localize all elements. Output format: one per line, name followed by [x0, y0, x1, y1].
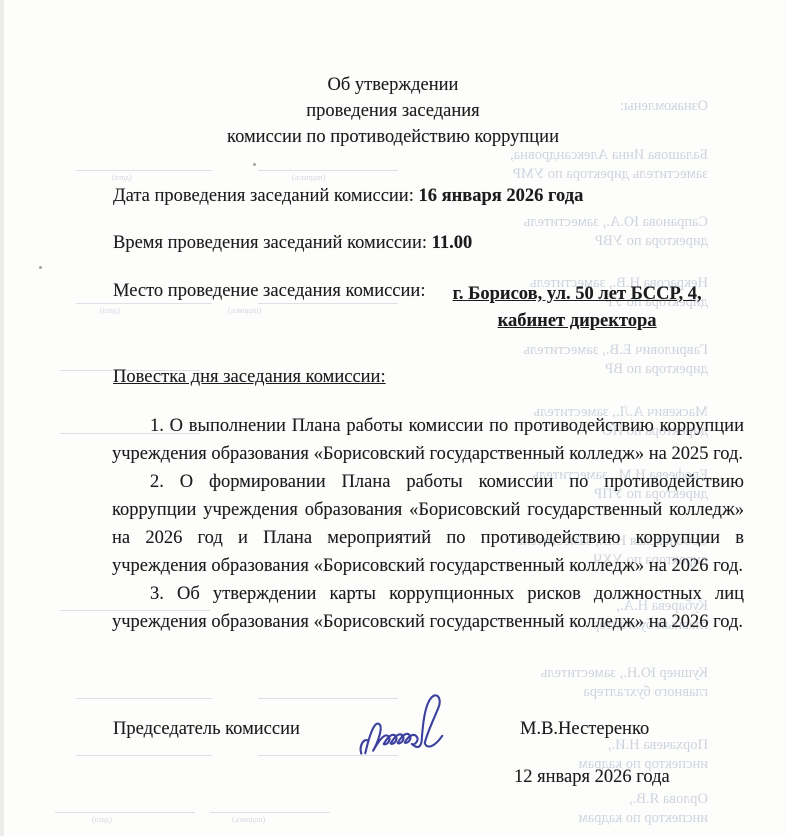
meeting-time-label: Время проведения заседаний комиссии: [113, 233, 432, 253]
bleed-name: Сапранова Ю.А., заместительдиректора по … [470, 213, 708, 251]
meeting-place-line1: г. Борисов, ул. 50 лет БССР, 4, [453, 284, 702, 304]
chairman-name: М.В.Нестеренко [520, 719, 649, 740]
meeting-date-field: Дата проведения заседаний комиссии: 16 я… [113, 186, 583, 207]
scanned-document-page: Ознакомлены: Балашова Инна Александровна… [0, 0, 786, 836]
meeting-date-label: Дата проведения заседаний комиссии: [113, 186, 418, 206]
meeting-time-value: 11.00 [432, 233, 473, 253]
bleed-name: Кушнер Ю.Н., заместительглавного бухгалт… [470, 664, 708, 702]
meeting-place-value: г. Борисов, ул. 50 лет БССР, 4,кабинет д… [430, 281, 724, 335]
meeting-date-value: 16 января 2026 года [418, 186, 583, 206]
scan-speck [253, 163, 256, 166]
agenda-item-1: 1. О выполнении Плана работы комиссии по… [112, 412, 744, 468]
title-line-1: Об утверждении [0, 72, 786, 98]
chairman-role-label: Председатель комиссии [113, 719, 300, 740]
agenda-heading: Повестка дня заседания комиссии: [113, 367, 386, 388]
title-line-2: проведения заседания [0, 98, 786, 124]
title-line-3: комиссии по противодействию коррупции [0, 124, 786, 150]
meeting-place-label: Место проведение заседания комиссии: [113, 281, 430, 301]
bleed-name: Гаврилович Е.В., заместительдиректора по… [470, 341, 708, 379]
meeting-place-line2: кабинет директора [498, 311, 657, 331]
bleed-name: Балашова Инна Александровна,заместитель … [470, 146, 708, 184]
document-title: Об утверждении проведения заседания коми… [0, 72, 786, 150]
agenda-item-2: 2. О формировании Плана работы комиссии … [112, 468, 744, 580]
meeting-place-field: Место проведение заседания комиссии: г. … [113, 281, 724, 335]
document-date: 12 января 2026 года [514, 767, 670, 788]
scan-speck [39, 266, 42, 269]
meeting-time-field: Время проведения заседаний комиссии: 11.… [113, 233, 472, 254]
handwritten-signature [343, 684, 479, 783]
agenda-item-3: 3. Об утверждении карты коррупционных ри… [112, 580, 744, 636]
bleed-name: Орлова Я.В.,инспектор по кадрам [470, 790, 708, 828]
agenda-body: 1. О выполнении Плана работы комиссии по… [112, 412, 744, 636]
